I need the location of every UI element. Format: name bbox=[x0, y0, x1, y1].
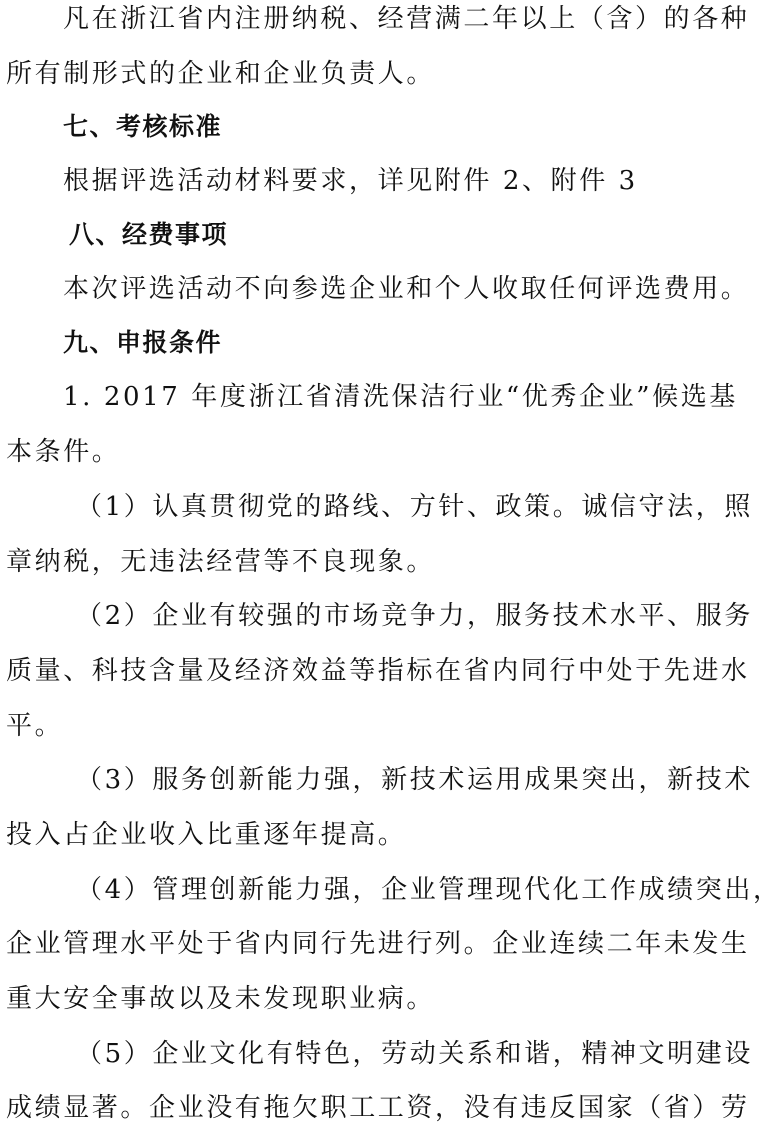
section-heading-assessment-standard: 七、考核标准 bbox=[63, 109, 222, 145]
paragraph-condition-1-line-1: （1）认真贯彻党的路线、方针、政策。诚信守法，照 bbox=[76, 489, 753, 525]
paragraph-condition-5-line-2: 成绩显著。企业没有拖欠职工工资，没有违反国家（省）劳 bbox=[6, 1090, 750, 1123]
paragraph-condition-5-line-1: （5）企业文化有特色，劳动关系和谐，精神文明建设 bbox=[76, 1036, 753, 1072]
paragraph-condition-2-line-2: 质量、科技含量及经济效益等指标在省内同行中处于先进水 bbox=[6, 653, 750, 689]
paragraph-fees: 本次评选活动不向参选企业和个人收取任何评选费用。 bbox=[63, 271, 749, 307]
paragraph-item1-line-2: 本条件。 bbox=[6, 434, 120, 470]
paragraph-condition-2-line-3: 平。 bbox=[6, 708, 63, 744]
paragraph-condition-4-line-3: 重大安全事故以及未发现职业病。 bbox=[6, 981, 435, 1017]
paragraph-eligibility-line-1: 凡在浙江省内注册纳税、经营满二年以上（含）的各种 bbox=[63, 1, 749, 37]
paragraph-item1-line-1: 1. 2017 年度浙江省清洗保洁行业“优秀企业”候选基 bbox=[63, 379, 738, 415]
paragraph-condition-3-line-1: （3）服务创新能力强，新技术运用成果突出，新技术 bbox=[76, 762, 753, 798]
paragraph-condition-3-line-2: 投入占企业收入比重逐年提高。 bbox=[6, 817, 406, 853]
paragraph-condition-2-line-1: （2）企业有较强的市场竞争力，服务技术水平、服务 bbox=[76, 598, 753, 634]
section-heading-fees: 八、经费事项 bbox=[69, 217, 228, 253]
section-heading-application-conditions: 九、申报条件 bbox=[63, 325, 222, 361]
paragraph-standard: 根据评选活动材料要求，详见附件 2、附件 3 bbox=[63, 163, 638, 199]
paragraph-eligibility-line-2: 所有制形式的企业和企业负责人。 bbox=[6, 56, 435, 92]
paragraph-condition-4-line-1: （4）管理创新能力强，企业管理现代化工作成绩突出， bbox=[76, 872, 760, 908]
paragraph-condition-1-line-2: 章纳税，无违法经营等不良现象。 bbox=[6, 544, 435, 580]
paragraph-condition-4-line-2: 企业管理水平处于省内同行先进行列。企业连续二年未发生 bbox=[6, 926, 750, 962]
